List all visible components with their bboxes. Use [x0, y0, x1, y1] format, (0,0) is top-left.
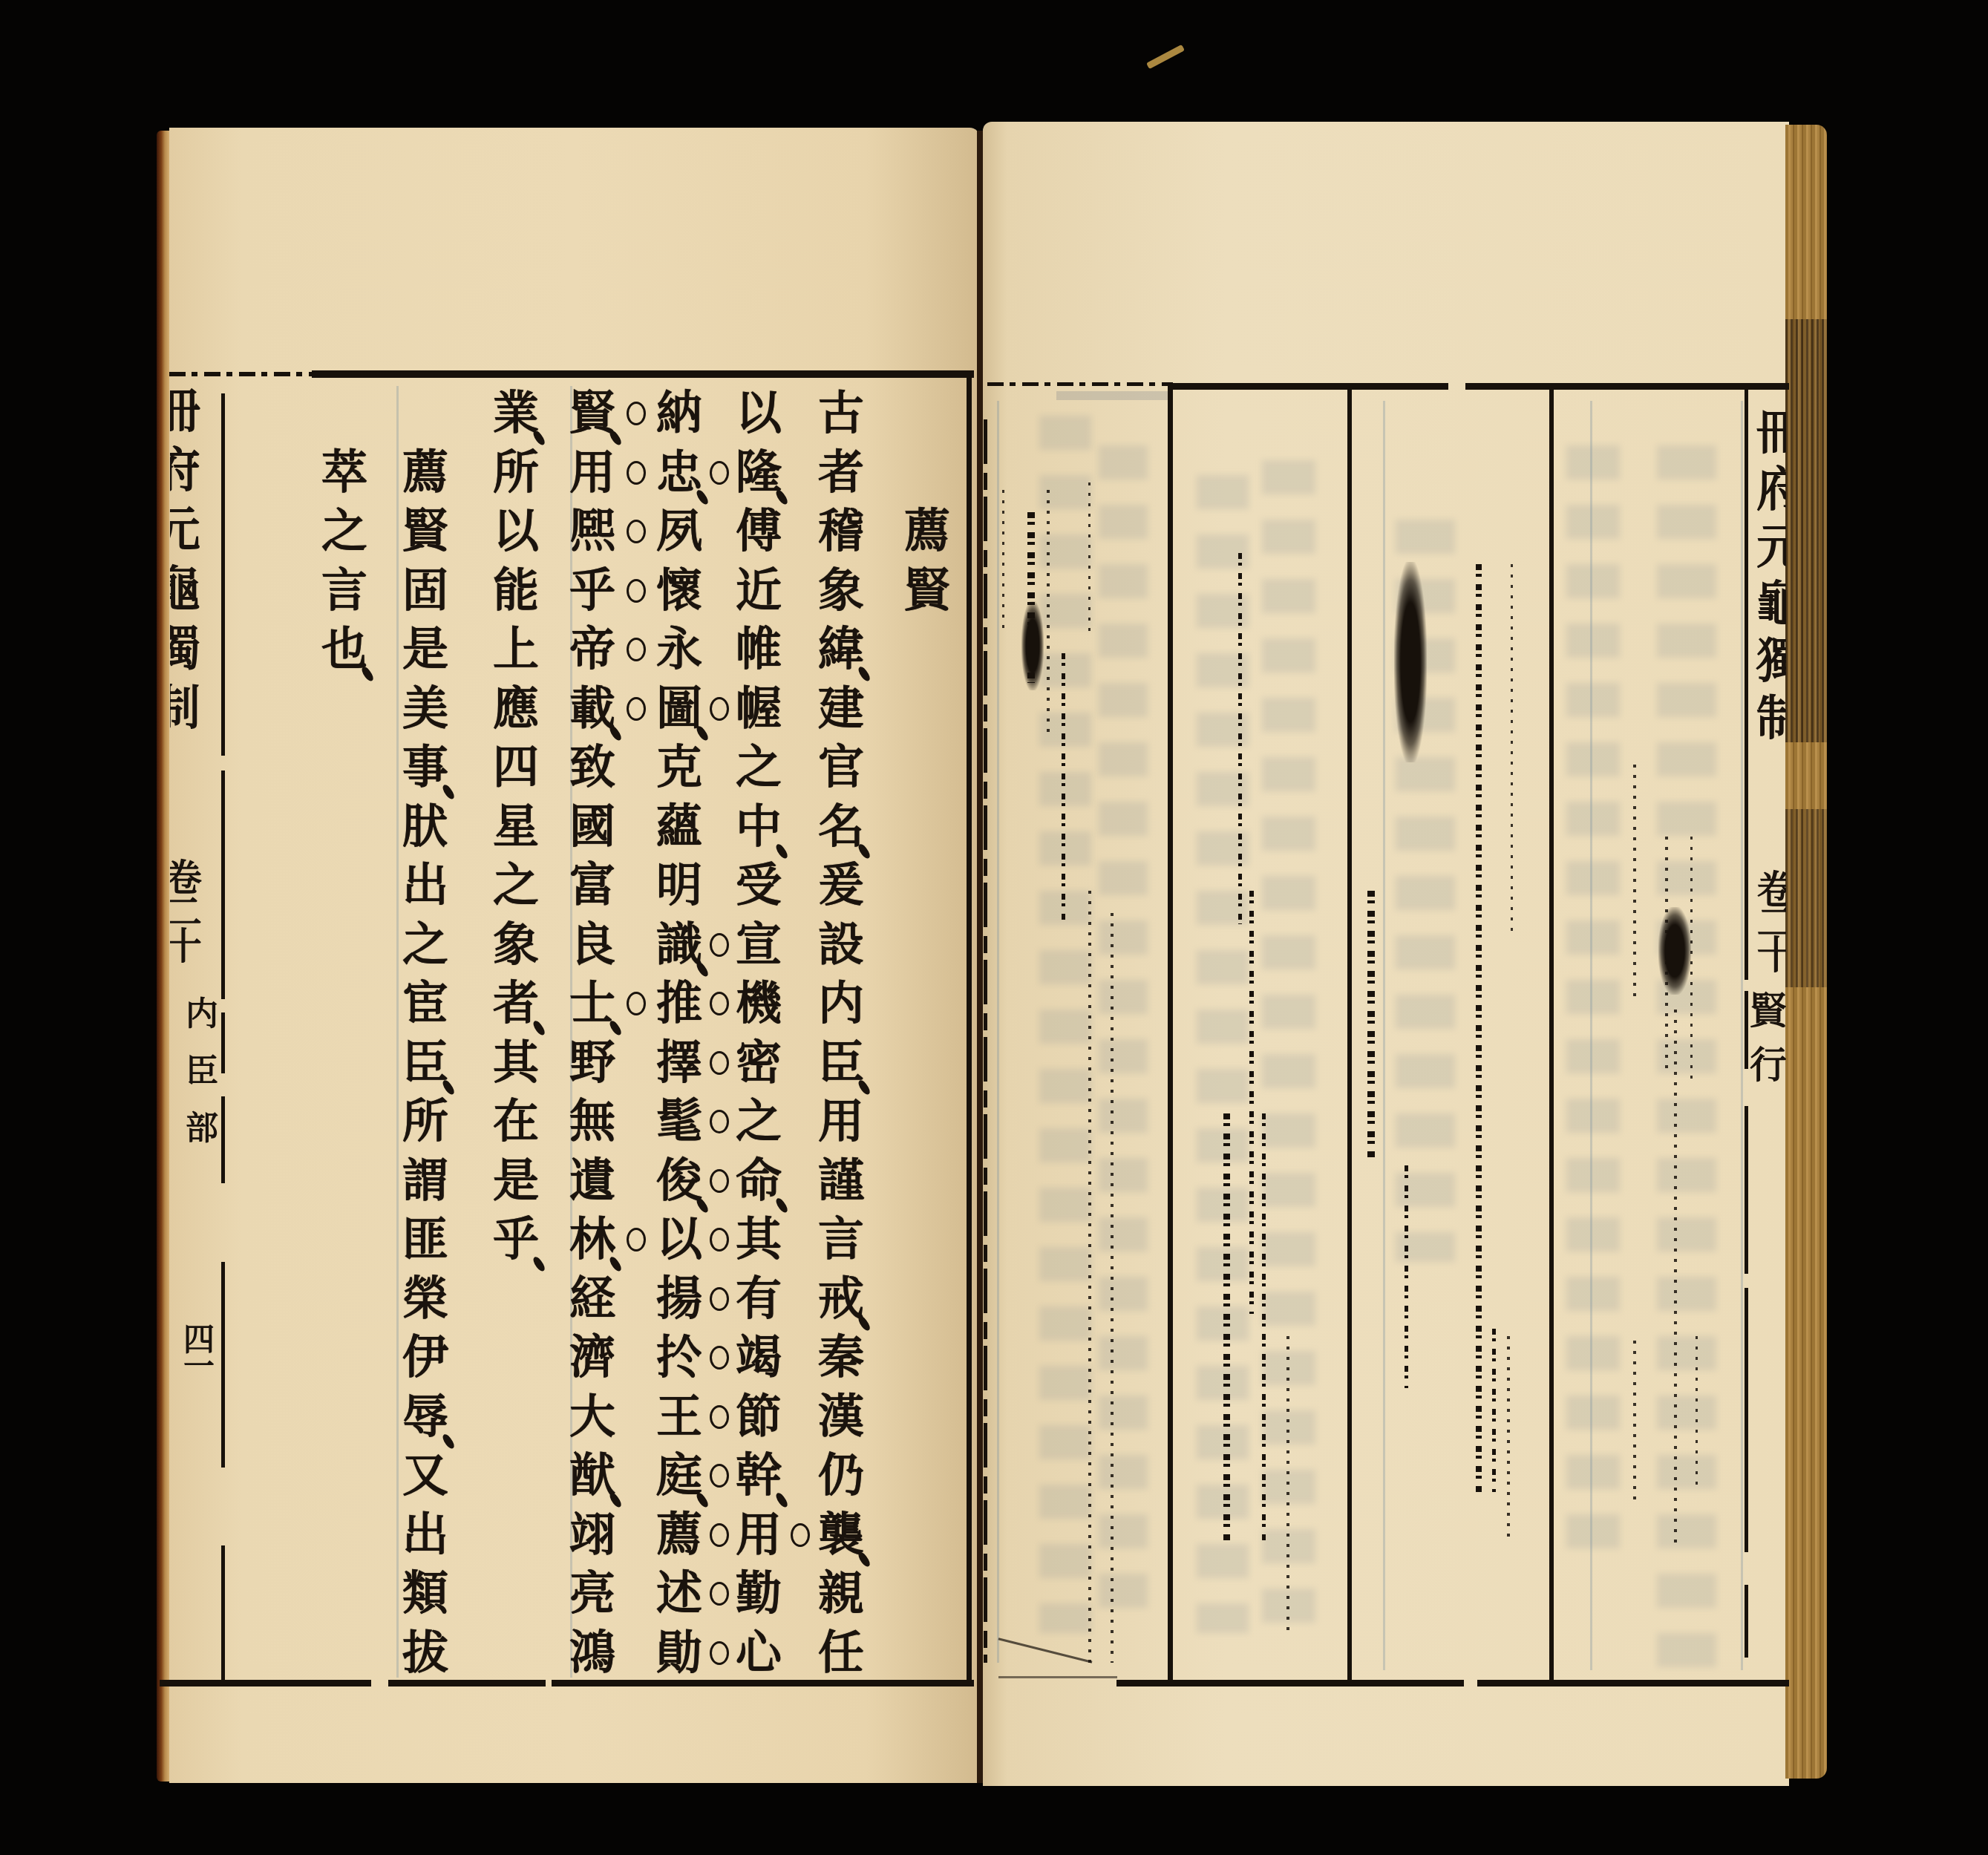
character: 節	[729, 1387, 788, 1447]
faint-column-rule	[1383, 401, 1385, 1670]
character: 星	[486, 797, 546, 857]
ink-streak	[1238, 553, 1242, 924]
banxin-volume: 卷二十	[1753, 869, 1786, 967]
character: 仍	[811, 1446, 871, 1505]
character: 榮	[396, 1269, 455, 1329]
emphasis-circle	[627, 638, 646, 661]
character: 薦	[396, 443, 455, 503]
character: 任	[811, 1623, 871, 1683]
character: 富	[563, 856, 622, 915]
character: 機	[729, 974, 788, 1033]
right-banxin-line	[1745, 1288, 1748, 1552]
character: 古	[811, 384, 871, 443]
gutter	[977, 131, 983, 1783]
character: 推	[650, 974, 709, 1033]
ink-blot	[1658, 907, 1691, 995]
emphasis-circle	[710, 1464, 729, 1488]
ink-streak	[1492, 1329, 1496, 1492]
character: 美	[396, 679, 455, 739]
character: 賢	[396, 502, 455, 561]
character: 王	[650, 1387, 709, 1447]
character: 蘊	[650, 797, 709, 857]
faint-column-rule	[1741, 401, 1743, 1670]
character: 近	[729, 561, 788, 621]
emphasis-circle	[710, 1346, 729, 1370]
emphasis-circle	[710, 1582, 729, 1606]
ink-streak	[1367, 891, 1375, 1158]
character: 宦	[396, 974, 455, 1033]
emphasis-circle	[710, 1169, 729, 1193]
character: 又	[396, 1446, 455, 1505]
character: 乎	[563, 561, 622, 621]
character: 秦	[811, 1328, 871, 1387]
ink-streak	[1511, 564, 1513, 935]
character: 傅	[729, 502, 788, 561]
emphasis-circle	[627, 1228, 646, 1252]
faint-column-rule	[1590, 401, 1592, 1670]
character: 者	[811, 443, 871, 503]
character: 言	[811, 1210, 871, 1269]
ink-streak	[1088, 891, 1091, 1663]
character: 其	[729, 1210, 788, 1269]
character: 設	[811, 915, 871, 975]
character: 擇	[650, 1033, 709, 1093]
ink-streak	[1696, 1336, 1698, 1485]
right-frame-bottom-thin	[998, 1676, 1117, 1678]
emphasis-circle	[710, 1110, 729, 1133]
character: 類	[396, 1564, 455, 1623]
right-banxin: 冊府元龜獨制 卷二十 賢行	[1749, 386, 1786, 1685]
character: 勛	[650, 1623, 709, 1683]
right-page-edges-stain	[1785, 319, 1827, 742]
character: 亮	[563, 1564, 622, 1623]
character: 髦	[650, 1092, 709, 1151]
emphasis-circle	[627, 520, 646, 543]
character: 用	[811, 1092, 871, 1151]
ink-streak	[1286, 1336, 1289, 1633]
right-banxin-line	[1745, 389, 1748, 980]
character: 之	[729, 738, 788, 797]
character: 致	[563, 738, 622, 797]
right-frame-top	[1171, 383, 1448, 390]
character: 伊	[396, 1328, 455, 1387]
character: 四	[486, 738, 546, 797]
character: 固	[396, 561, 455, 621]
character: 揚	[650, 1269, 709, 1329]
character: 用	[729, 1505, 788, 1565]
character: 出	[396, 856, 455, 915]
emphasis-circle	[710, 992, 729, 1015]
emphasis-circle	[710, 461, 729, 485]
character: 良	[563, 915, 622, 975]
character: 肰	[396, 797, 455, 857]
show-through-ghost-text	[1566, 445, 1620, 1559]
ink-streak	[1690, 837, 1693, 1082]
character: 漢	[811, 1387, 871, 1447]
character: 謂	[396, 1151, 455, 1211]
emphasis-circle	[710, 697, 729, 721]
emphasis-circle	[710, 1287, 729, 1311]
character: 謹	[811, 1151, 871, 1211]
emphasis-circle	[627, 402, 646, 425]
right-column-rule	[1347, 386, 1352, 1684]
emphasis-circle	[710, 1523, 729, 1547]
character: 之	[396, 915, 455, 975]
character: 心	[729, 1623, 788, 1683]
character: 幄	[729, 679, 788, 739]
ink-streak	[1002, 490, 1004, 631]
character: 以	[729, 384, 788, 443]
character: 匪	[396, 1210, 455, 1269]
character: 出	[396, 1505, 455, 1565]
right-frame-bottom	[1477, 1680, 1789, 1686]
character: 象	[486, 915, 546, 975]
emphasis-circle	[791, 1523, 810, 1547]
character: 其	[486, 1033, 546, 1093]
character: 扵	[650, 1328, 709, 1387]
right-banxin-line	[1745, 1106, 1748, 1274]
character: 大	[563, 1387, 622, 1447]
emphasis-circle	[710, 1641, 729, 1665]
book-spread-scan: 冊府元龜獨制 卷二十 内臣部 四一 薦賢古者稽象緯建官名爰設内臣用謹言戒秦漢仍襲…	[0, 0, 1988, 1855]
character: 有	[729, 1269, 788, 1329]
character: 濟	[563, 1328, 622, 1387]
emphasis-circle	[710, 1405, 729, 1429]
character: 克	[650, 738, 709, 797]
banxin-book-title: 冊府元龜獨制	[1752, 407, 1786, 750]
character: 在	[486, 1092, 546, 1151]
character: 拔	[396, 1623, 455, 1683]
ink-streak	[1111, 913, 1114, 1663]
right-banxin-line	[1745, 1585, 1748, 1658]
ink-streak	[1633, 765, 1636, 1002]
character: 言	[315, 561, 374, 621]
character: 以	[650, 1210, 709, 1269]
ink-streak	[1223, 1113, 1230, 1544]
character: 宣	[729, 915, 788, 975]
ink-streak	[1262, 1113, 1266, 1544]
emphasis-circle	[710, 1051, 729, 1075]
character: 翊	[563, 1505, 622, 1565]
character: 遺	[563, 1151, 622, 1211]
ink-streak	[1405, 1165, 1408, 1388]
character: 應	[486, 679, 546, 739]
character: 明	[650, 856, 709, 915]
character: 述	[650, 1564, 709, 1623]
ink-streak	[1507, 1336, 1510, 1537]
character: 之	[486, 856, 546, 915]
character: 夙	[650, 502, 709, 561]
character: 用	[563, 443, 622, 503]
character: 鴻	[563, 1623, 622, 1683]
character: 之	[729, 1092, 788, 1151]
character: 密	[729, 1033, 788, 1093]
character: 是	[486, 1151, 546, 1211]
character: 國	[563, 797, 622, 857]
character: 帝	[563, 620, 622, 679]
right-page-edges-stain	[1785, 809, 1827, 987]
right-page-left-edge-line	[984, 419, 987, 1663]
faint-column-rule	[997, 401, 999, 1663]
character: 稽	[811, 502, 871, 561]
character: 薦	[650, 1505, 709, 1565]
emphasis-circle	[627, 461, 646, 485]
character: 之	[315, 502, 374, 561]
right-column-rule	[1168, 386, 1173, 1684]
character: 経	[563, 1269, 622, 1329]
character: 官	[811, 738, 871, 797]
character: 帷	[729, 620, 788, 679]
right-frame-top-ghost	[1056, 391, 1168, 400]
character: 勤	[729, 1564, 788, 1623]
ink-streak	[1062, 653, 1065, 920]
right-column-rule	[1549, 386, 1554, 1684]
character: 内	[811, 974, 871, 1033]
right-frame-top-broken	[987, 382, 1173, 386]
character: 萃	[315, 443, 374, 503]
emphasis-circle	[627, 697, 646, 721]
ink-streak	[1047, 490, 1050, 735]
character: 以	[486, 502, 546, 561]
ink-streak	[1476, 564, 1482, 1492]
character: 竭	[729, 1328, 788, 1387]
character: 所	[486, 443, 546, 503]
ink-blot	[1394, 562, 1427, 762]
emphasis-circle	[710, 933, 729, 957]
character: 無	[563, 1092, 622, 1151]
character: 野	[563, 1033, 622, 1093]
character: 永	[650, 620, 709, 679]
character: 上	[486, 620, 546, 679]
ink-streak	[1249, 891, 1254, 1314]
character: 親	[811, 1564, 871, 1623]
character: 所	[396, 1092, 455, 1151]
character: 是	[396, 620, 455, 679]
character: 懷	[650, 561, 709, 621]
emphasis-circle	[710, 1228, 729, 1252]
character: 納	[650, 384, 709, 443]
emphasis-circle	[627, 579, 646, 603]
ink-streak	[1633, 1341, 1636, 1500]
character: 建	[811, 679, 871, 739]
character: 能	[486, 561, 546, 621]
ink-streak	[1088, 482, 1091, 638]
banxin-section: 賢行	[1749, 991, 1784, 1099]
character: 受	[729, 856, 788, 915]
character: 賢	[897, 561, 957, 621]
character: 象	[811, 561, 871, 621]
right-banxin-line	[1745, 991, 1748, 1069]
show-through-ghost-text	[1099, 445, 1148, 1633]
emphasis-circle	[627, 992, 646, 1015]
ink-blot	[1021, 601, 1044, 690]
right-frame-top	[1465, 383, 1789, 390]
ink-streak	[1674, 1010, 1677, 1544]
character: 薦	[897, 502, 957, 561]
character: 熈	[563, 502, 622, 561]
character: 爰	[811, 856, 871, 915]
